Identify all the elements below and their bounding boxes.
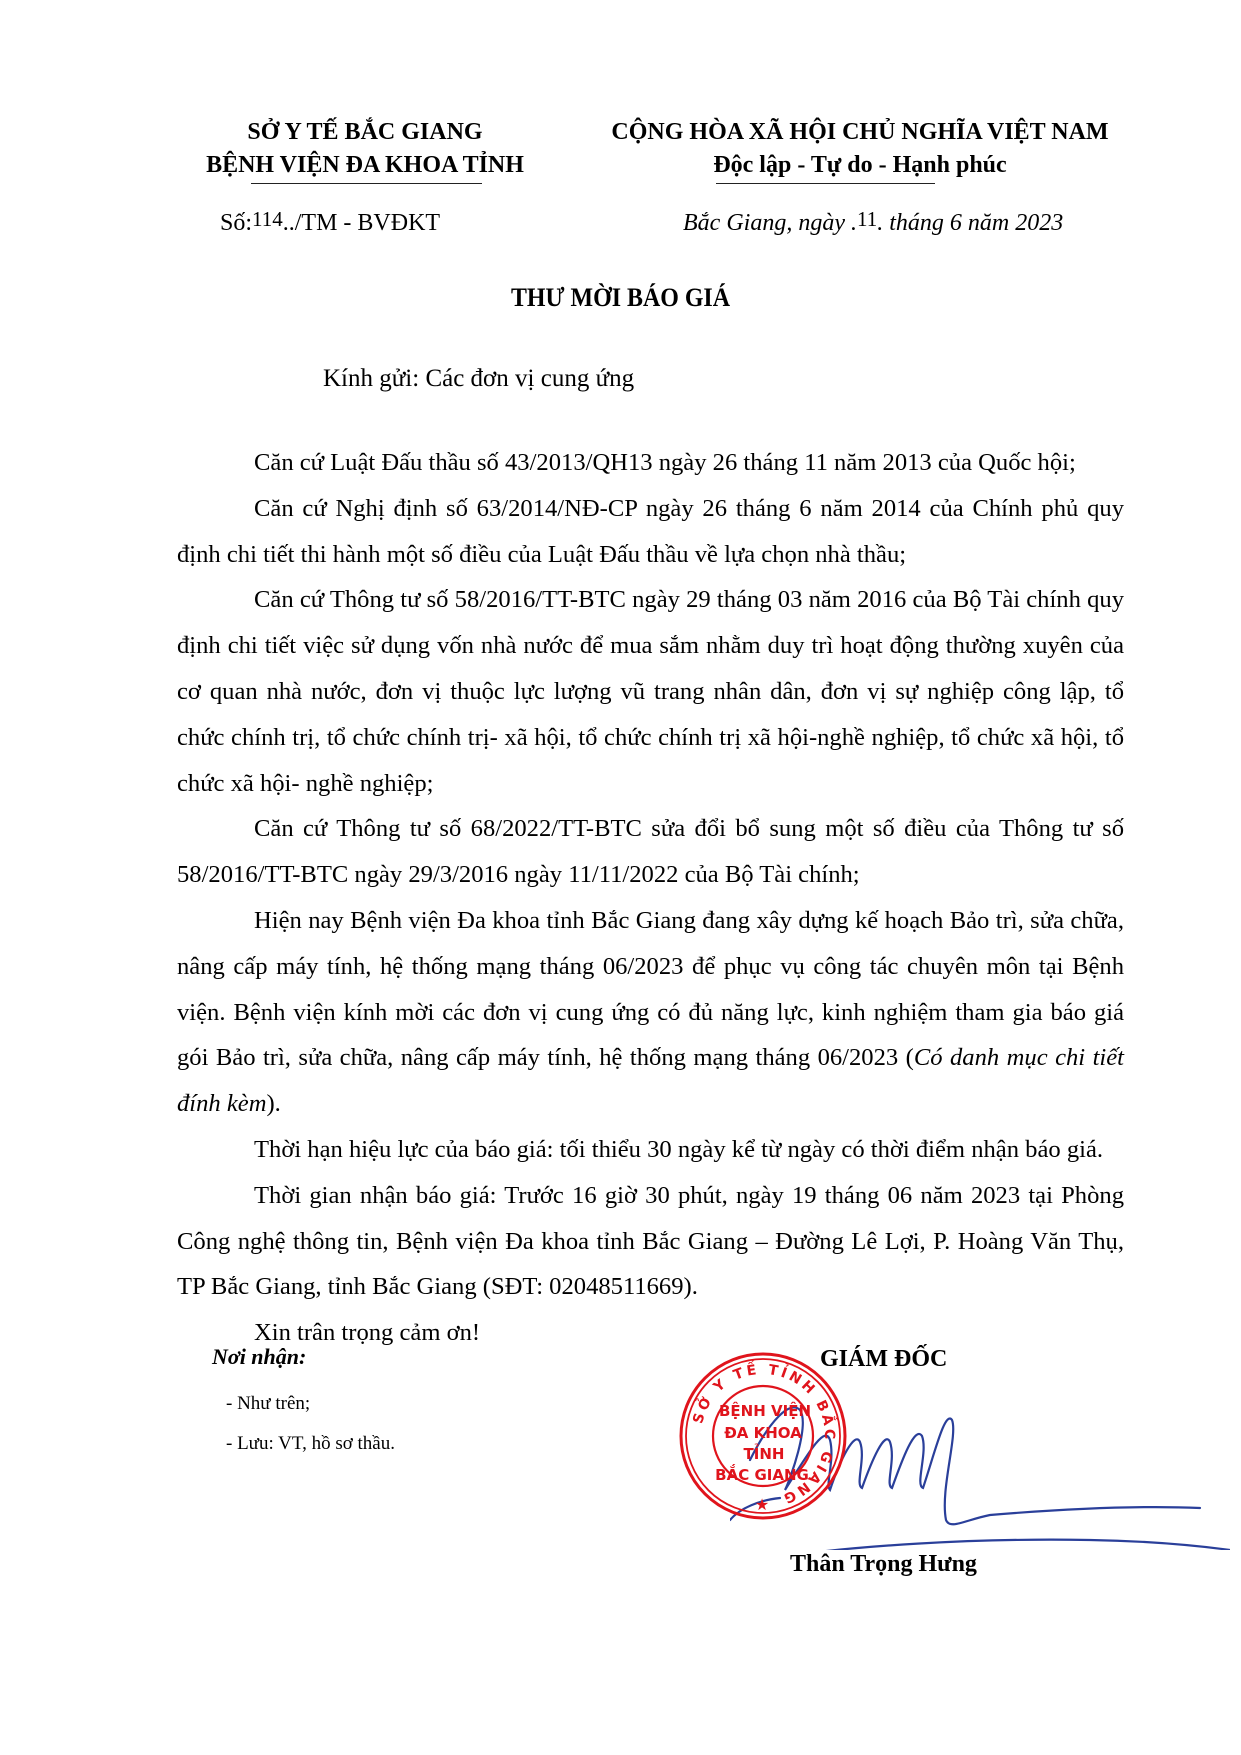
attachment-close: ).	[266, 1090, 280, 1117]
signer-name: Thân Trọng Hưng	[790, 1551, 977, 1578]
date-day: 11	[857, 207, 877, 231]
body-paragraph: Hiện nay Bệnh viện Đa khoa tỉnh Bắc Gian…	[177, 898, 1124, 1127]
issuing-organization: SỞ Y TẾ BẮC GIANG BỆNH VIỆN ĐA KHOA TỈNH	[160, 116, 570, 182]
date-prefix: Bắc Giang, ngày .	[683, 210, 857, 236]
header-right-underline	[716, 183, 935, 184]
date-suffix: . tháng 6 năm 2023	[877, 210, 1063, 236]
doc-number-label: Số:	[220, 210, 252, 236]
body-paragraph: Căn cứ Nghị định số 63/2014/NĐ-CP ngày 2…	[177, 486, 1124, 578]
hospital-name: BỆNH VIỆN ĐA KHOA TỈNH	[160, 149, 570, 182]
recipients-block: Nơi nhận: - Như trên; - Lưu: VT, hồ sơ t…	[212, 1344, 395, 1464]
recipients-label: Nơi nhận:	[212, 1344, 395, 1370]
body-paragraph: Thời hạn hiệu lực của báo giá: tối thiểu…	[177, 1127, 1124, 1173]
stamp-line: TỈNH	[744, 1442, 785, 1463]
official-stamp: SỞ Y TẾ TỈNH BẮC GIANG BỆNH VIỆN ĐA KHOA…	[678, 1352, 848, 1520]
star-icon: ★	[755, 1495, 769, 1514]
country-name: CỘNG HÒA XÃ HỘI CHỦ NGHĨA VIỆT NAM	[570, 116, 1150, 149]
body-paragraph: Thời gian nhận báo giá: Trước 16 giờ 30 …	[177, 1173, 1124, 1310]
header-left-underline	[251, 183, 482, 184]
document-title: THƯ MỜI BÁO GIÁ	[50, 283, 1192, 313]
body-paragraph: Căn cứ Thông tư số 68/2022/TT-BTC sửa đổ…	[177, 806, 1124, 898]
body-paragraph: Căn cứ Luật Đấu thầu số 43/2013/QH13 ngà…	[177, 440, 1124, 486]
stamp-line: BẮC GIANG	[715, 1463, 809, 1484]
document-number: Số:114../TM - BVĐKT	[220, 210, 440, 237]
motto: Độc lập - Tự do - Hạnh phúc	[570, 149, 1150, 182]
stamp-line: ĐA KHOA	[724, 1424, 802, 1442]
body-paragraph: Căn cứ Thông tư số 58/2016/TT-BTC ngày 2…	[177, 577, 1124, 806]
recipient-item: - Lưu: VT, hồ sơ thầu.	[212, 1424, 395, 1464]
document-date: Bắc Giang, ngày .11. tháng 6 năm 2023	[683, 210, 1063, 237]
recipient-item: - Như trên;	[212, 1384, 395, 1424]
national-motto: CỘNG HÒA XÃ HỘI CHỦ NGHĨA VIỆT NAM Độc l…	[570, 116, 1150, 182]
doc-number-suffix: ../TM - BVĐKT	[283, 210, 440, 236]
department-name: SỞ Y TẾ BẮC GIANG	[160, 116, 570, 149]
letter-body: Căn cứ Luật Đấu thầu số 43/2013/QH13 ngà…	[177, 440, 1124, 1356]
doc-number-value: 114	[252, 207, 283, 231]
stamp-line: BỆNH VIỆN	[719, 1400, 811, 1420]
salutation: Kính gửi: Các đơn vị cung ứng	[323, 365, 634, 393]
